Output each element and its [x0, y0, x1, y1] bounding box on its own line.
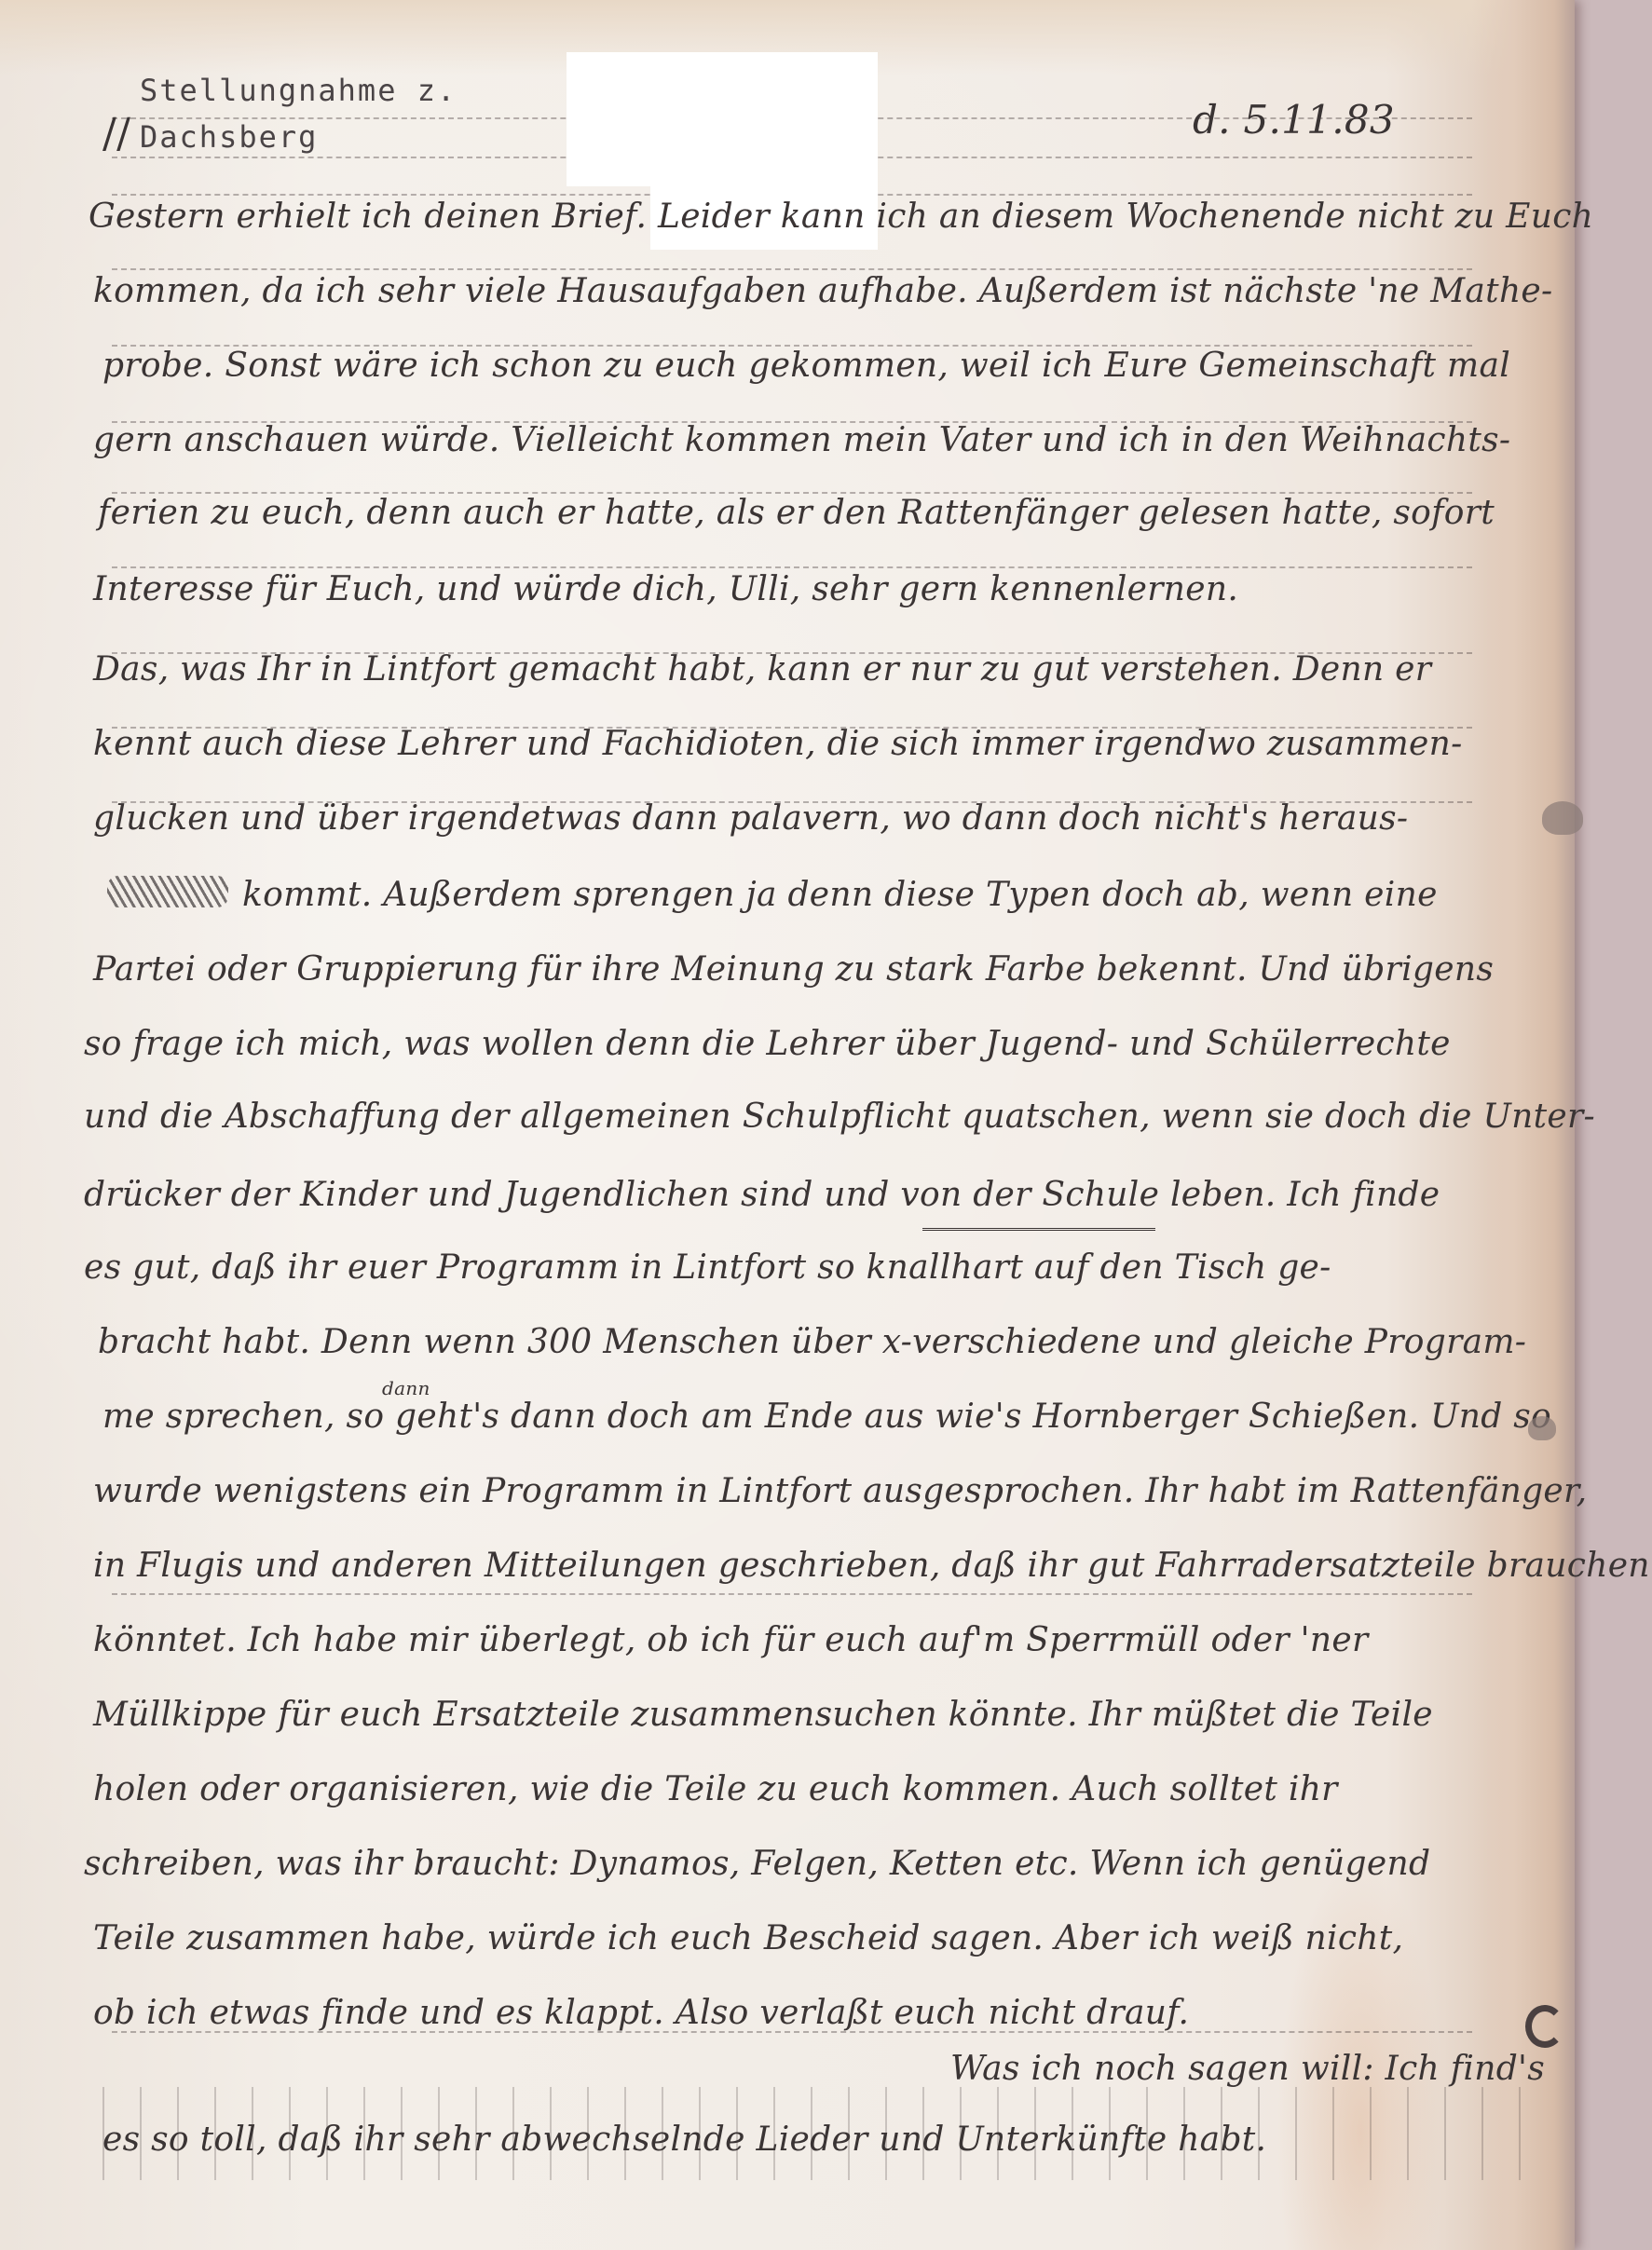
body-line: Interesse für Euch, und würde dich, Ulli… — [93, 570, 1238, 608]
body-line: könntet. Ich habe mir überlegt, ob ich f… — [93, 1621, 1368, 1659]
crossed-out-word — [107, 876, 228, 907]
body-line: gern anschauen würde. Vielleicht kommen … — [93, 421, 1510, 459]
ruled-line — [112, 1593, 1472, 1595]
body-line: es gut, daß ihr euer Programm in Lintfor… — [84, 1248, 1331, 1287]
letter-page: // Stellungnahme z. Dachsberg Liebe d. 5… — [0, 0, 1575, 2250]
body-line: kommt. Außerdem sprengen ja denn diese T… — [242, 876, 1438, 914]
body-line: Partei oder Gruppierung für ihre Meinung… — [93, 950, 1494, 989]
body-line: me sprechen, so geht's dann doch am Ende… — [102, 1398, 1551, 1436]
body-line: Das, was Ihr in Lintfort gemacht habt, k… — [93, 650, 1431, 689]
body-line: kommen, da ich sehr viele Hausaufgaben a… — [93, 272, 1553, 310]
body-line: Müllkippe für euch Ersatzteile zusammens… — [93, 1696, 1433, 1734]
body-line: glucken und über irgendetwas dann palave… — [93, 799, 1408, 838]
ruled-line — [112, 566, 1472, 568]
ink-blot — [1528, 1416, 1556, 1440]
moon-doodle-icon — [1525, 2005, 1564, 2048]
inserted-word: dann — [382, 1377, 430, 1399]
body-line: holen oder organisieren, wie die Teile z… — [93, 1770, 1338, 1808]
body-line: ob ich etwas finde und es klappt. Also v… — [93, 1994, 1189, 2032]
body-line: drücker der Kinder und Jugendlichen sind… — [84, 1176, 1440, 1214]
body-line: wurde wenigstens ein Programm in Lintfor… — [93, 1472, 1587, 1510]
body-line: bracht habt. Denn wenn 300 Menschen über… — [98, 1323, 1526, 1361]
body-line: kennt auch diese Lehrer und Fachidioten,… — [93, 725, 1463, 763]
body-line: so frage ich mich, was wollen denn die L… — [84, 1025, 1451, 1063]
ink-blot — [1542, 801, 1583, 835]
body-line: Teile zusammen habe, würde ich euch Besc… — [93, 1919, 1403, 1957]
margin-mark: // — [102, 110, 130, 157]
body-line: und die Abschaffung der allgemeinen Schu… — [84, 1098, 1595, 1136]
typed-label-stellungnahme: Stellungnahme z. — [140, 73, 457, 108]
body-line: probe. Sonst wäre ich schon zu euch geko… — [102, 347, 1510, 385]
ruled-line — [112, 268, 1472, 270]
body-line: ferien zu euch, denn auch er hatte, als … — [98, 494, 1495, 532]
body-line: Gestern erhielt ich deinen Brief. Leider… — [89, 198, 1593, 236]
body-line: in Flugis und anderen Mitteilungen gesch… — [93, 1547, 1650, 1585]
postscript-line: Was ich noch sagen will: Ich find's — [950, 2050, 1545, 2088]
postscript-line: es so toll, daß ihr sehr abwechselnde Li… — [102, 2120, 1266, 2159]
typed-label-place: Dachsberg — [140, 119, 318, 155]
body-line: schreiben, was ihr braucht: Dynamos, Fel… — [84, 1845, 1430, 1883]
underline-emphasis — [922, 1228, 1155, 1231]
letter-date: d. 5.11.83 — [1193, 97, 1395, 143]
